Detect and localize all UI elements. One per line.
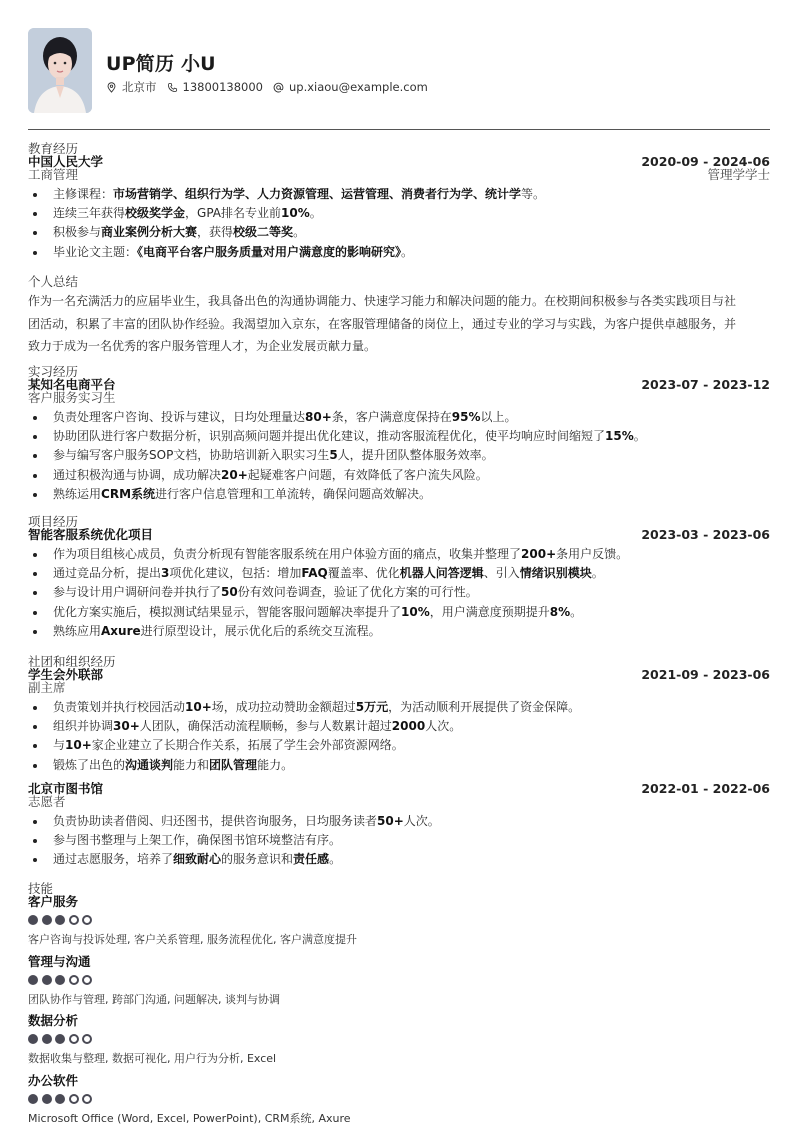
list-item: 优化方案实施后，模拟测试结果显示，智能客服问题解决率提升了10%，用户满意度预期… [28,603,770,622]
skill-item: 管理与沟通 团队协作与管理, 跨部门沟通, 问题解决, 谈判与协调 [28,955,770,1014]
org-bullets: 负责策划并执行校园活动10+场，成功拉动赞助金额超过5万元，为活动顺利开展提供了… [28,698,770,775]
skill-description: Microsoft Office (Word, Excel, PowerPoin… [28,1112,770,1125]
list-item: 连续三年获得校级奖学金，GPA排名专业前10%。 [28,204,770,223]
phone-icon [167,82,178,93]
at-sign-icon [273,82,284,93]
entry-date: 2021-09 - 2023-06 [641,668,770,681]
list-item: 参与编写客户服务SOP文档，协助培训新入职实习生5人，提升团队整体服务效率。 [28,446,770,465]
list-item: 参与设计用户调研问卷并执行了50份有效问卷调查，验证了优化方案的可行性。 [28,583,770,602]
filled-dot-icon [55,1034,65,1044]
entry-subheader: 工商管理 管理学学士 [28,168,770,181]
portrait-icon [28,28,92,113]
skills-list: 客户服务 客户咨询与投诉处理, 客户关系管理, 服务流程优化, 客户满意度提升 … [28,895,770,1125]
list-item: 与10+家企业建立了长期合作关系，拓展了学生会外部资源网络。 [28,736,770,755]
section-education: 教育经历 中国人民大学 2020-09 - 2024-06 工商管理 管理学学士… [28,142,770,262]
summary-line: 致力于成为一名优秀的客户服务管理人才，为企业发展贡献力量。 [28,335,770,358]
role: 副主席 [28,681,770,694]
entry-header: 智能客服系统优化项目 2023-03 - 2023-06 [28,528,770,541]
entry-header: 学生会外联部 2021-09 - 2023-06 [28,668,770,681]
entry-subheader: 志愿者 [28,795,770,808]
section-skills: 技能 客户服务 客户咨询与投诉处理, 客户关系管理, 服务流程优化, 客户满意度… [28,882,770,1125]
empty-dot-icon [69,1094,79,1104]
list-item: 锻炼了出色的沟通谈判能力和团队管理能力。 [28,756,770,775]
summary-line: 团活动，积累了丰富的团队协作经验。我渴望加入京东，在客服管理储备的岗位上，通过专… [28,313,770,336]
list-item: 毕业论文主题：《电商平台客户服务质量对用户满意度的影响研究》。 [28,243,770,262]
skill-level-dots [28,975,770,985]
section-title: 技能 [28,882,770,895]
list-item: 负责处理客户咨询、投诉与建议，日均处理量达80+条，客户满意度保持在95%以上。 [28,408,770,427]
entry-header: 中国人民大学 2020-09 - 2024-06 [28,155,770,168]
list-item: 熟练应用Axure进行原型设计，展示优化后的系统交互流程。 [28,622,770,641]
filled-dot-icon [28,1034,38,1044]
summary-text: 作为一名充满活力的应届毕业生，我具备出色的沟通协调能力、快速学习能力和解决问题的… [28,290,770,358]
section-organizations-entry-2: 北京市图书馆 2022-01 - 2022-06 志愿者 负责协助读者借阅、归还… [28,782,770,870]
list-item: 协助团队进行客户数据分析，识别高频问题并提出优化建议，推动客服流程优化，使平均响… [28,427,770,446]
skill-level-dots [28,1094,770,1104]
contact-email[interactable]: up.xiaou@example.com [273,80,428,94]
skill-item: 办公软件 Microsoft Office (Word, Excel, Powe… [28,1074,770,1125]
skill-name: 数据分析 [28,1014,770,1028]
degree: 管理学学士 [707,168,770,181]
list-item: 参与图书整理与上架工作，确保图书馆环境整洁有序。 [28,831,770,850]
candidate-name: UP简历 小U [106,49,216,76]
skill-name: 管理与沟通 [28,955,770,969]
section-summary: 个人总结 作为一名充满活力的应届毕业生，我具备出色的沟通协调能力、快速学习能力和… [28,275,770,358]
filled-dot-icon [55,915,65,925]
contact-row: 北京市 13800138000 up.xiaou@example.com [106,79,438,95]
internship-bullets: 负责处理客户咨询、投诉与建议，日均处理量达80+条，客户满意度保持在95%以上。… [28,408,770,504]
filled-dot-icon [42,1034,52,1044]
filled-dot-icon [28,975,38,985]
skill-item: 客户服务 客户咨询与投诉处理, 客户关系管理, 服务流程优化, 客户满意度提升 [28,895,770,955]
map-pin-icon [106,82,117,93]
major: 工商管理 [28,168,770,181]
role: 志愿者 [28,795,770,808]
entry-subheader: 客户服务实习生 [28,391,770,404]
list-item: 负责协助读者借阅、归还图书，提供咨询服务，日均服务读者50+人次。 [28,812,770,831]
skill-description: 数据收集与整理, 数据可视化, 用户行为分析, Excel [28,1052,770,1065]
education-bullets: 主修课程：市场营销学、组织行为学、人力资源管理、运营管理、消费者行为学、统计学等… [28,185,770,262]
header-divider [28,129,770,130]
entry-header: 北京市图书馆 2022-01 - 2022-06 [28,782,770,795]
skill-name: 客户服务 [28,895,770,909]
empty-dot-icon [82,915,92,925]
list-item: 通过志愿服务，培养了细致耐心的服务意识和责任感。 [28,850,770,869]
filled-dot-icon [42,975,52,985]
org-bullets: 负责协助读者借阅、归还图书，提供咨询服务，日均服务读者50+人次。 参与图书整理… [28,812,770,870]
entry-date: 2022-01 - 2022-06 [641,782,770,795]
empty-dot-icon [69,1034,79,1044]
filled-dot-icon [42,1094,52,1104]
list-item: 通过竞品分析，提出3项优化建议，包括：增加FAQ覆盖率、优化机器人问答逻辑、引入… [28,564,770,583]
section-internship: 实习经历 某知名电商平台 2023-07 - 2023-12 客户服务实习生 负… [28,365,770,504]
entry-header: 某知名电商平台 2023-07 - 2023-12 [28,378,770,391]
entry-date: 2023-03 - 2023-06 [641,528,770,541]
resume-header: UP简历 小U 北京市 13800138000 up.xiaou@example… [28,28,770,114]
list-item: 组织并协调30+人团队，确保活动流程顺畅，参与人数累计超过2000人次。 [28,717,770,736]
list-item: 作为项目组核心成员，负责分析现有智能客服系统在用户体验方面的痛点，收集并整理了2… [28,545,770,564]
list-item: 主修课程：市场营销学、组织行为学、人力资源管理、运营管理、消费者行为学、统计学等… [28,185,770,204]
phone-text: 13800138000 [183,80,263,94]
filled-dot-icon [55,975,65,985]
skill-level-dots [28,915,770,925]
skill-level-dots [28,1034,770,1044]
role: 客户服务实习生 [28,391,770,404]
skill-description: 团队协作与管理, 跨部门沟通, 问题解决, 谈判与协调 [28,993,770,1006]
skill-name: 办公软件 [28,1074,770,1088]
list-item: 通过积极沟通与协调，成功解决20+起疑难客户问题，有效降低了客户流失风险。 [28,466,770,485]
contact-phone: 13800138000 [167,80,263,94]
filled-dot-icon [28,1094,38,1104]
list-item: 熟练运用CRM系统进行客户信息管理和工单流转，确保问题高效解决。 [28,485,770,504]
entry-subheader: 副主席 [28,681,770,694]
project-bullets: 作为项目组核心成员，负责分析现有智能客服系统在用户体验方面的痛点，收集并整理了2… [28,545,770,641]
section-project: 项目经历 智能客服系统优化项目 2023-03 - 2023-06 作为项目组核… [28,515,770,641]
section-title: 个人总结 [28,275,770,288]
contact-location: 北京市 [106,79,157,95]
list-item: 负责策划并执行校园活动10+场，成功拉动赞助金额超过5万元，为活动顺利开展提供了… [28,698,770,717]
section-organizations: 社团和组织经历 学生会外联部 2021-09 - 2023-06 副主席 负责策… [28,655,770,775]
filled-dot-icon [42,915,52,925]
email-link[interactable]: up.xiaou@example.com [289,80,428,94]
empty-dot-icon [69,915,79,925]
empty-dot-icon [82,1094,92,1104]
filled-dot-icon [55,1094,65,1104]
empty-dot-icon [69,975,79,985]
skill-item: 数据分析 数据收集与整理, 数据可视化, 用户行为分析, Excel [28,1014,770,1074]
filled-dot-icon [28,915,38,925]
skill-description: 客户咨询与投诉处理, 客户关系管理, 服务流程优化, 客户满意度提升 [28,933,770,946]
location-text: 北京市 [122,79,157,95]
entry-date: 2023-07 - 2023-12 [641,378,770,391]
empty-dot-icon [82,975,92,985]
summary-line: 作为一名充满活力的应届毕业生，我具备出色的沟通协调能力、快速学习能力和解决问题的… [28,290,770,313]
empty-dot-icon [82,1034,92,1044]
avatar-photo [28,28,92,113]
list-item: 积极参与商业案例分析大赛，获得校级二等奖。 [28,223,770,242]
